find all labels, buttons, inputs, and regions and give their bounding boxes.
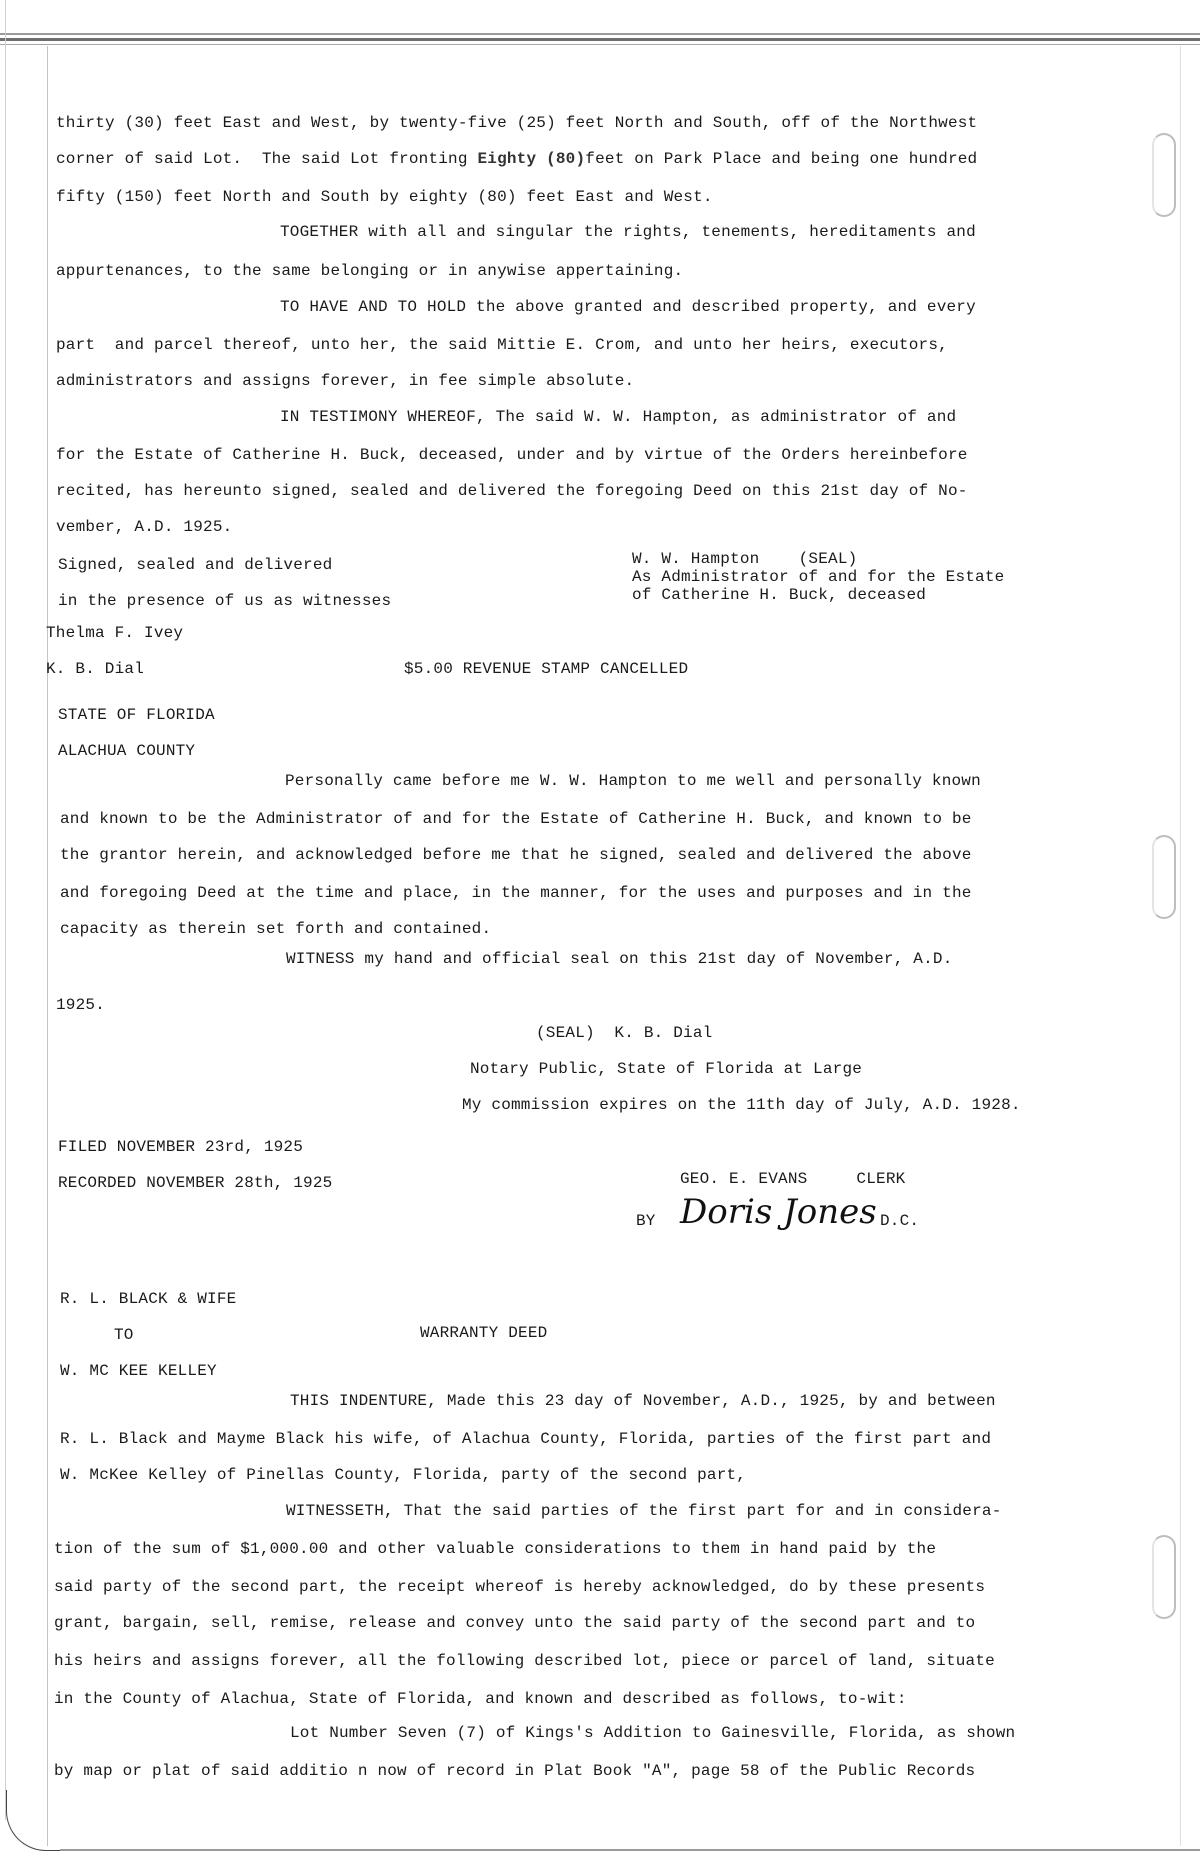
paragraph-start: Personally came before me W. W. Hampton … [285, 772, 981, 790]
paragraph-start: TO HAVE AND TO HOLD the above granted an… [280, 298, 976, 316]
filed-date: FILED NOVEMBER 23rd, 1925 [58, 1138, 303, 1156]
text-line: corner of said Lot. The said Lot frontin… [56, 150, 977, 168]
top-rule [0, 38, 1200, 41]
venue-county: ALACHUA COUNTY [58, 742, 195, 760]
paragraph-start: WITNESSETH, That the said parties of the… [286, 1502, 1002, 1520]
grantor-title: of Catherine H. Buck, deceased [632, 586, 926, 604]
notary-signature: (SEAL) K. B. Dial [536, 1024, 712, 1042]
grantee-party: W. MC KEE KELLEY [60, 1362, 217, 1380]
right-margin-line [1180, 46, 1181, 1846]
recorded-date: RECORDED NOVEMBER 28th, 1925 [58, 1174, 332, 1192]
top-rule [0, 33, 1200, 35]
text-line: grant, bargain, sell, remise, release an… [54, 1614, 975, 1632]
text-fragment: feet on Park Place and being one hundred [585, 150, 977, 168]
deed-title: WARRANTY DEED [420, 1324, 547, 1342]
clerk-name: GEO. E. EVANS CLERK [680, 1170, 905, 1188]
party-connector: TO [114, 1326, 134, 1344]
text-line: for the Estate of Catherine H. Buck, dec… [56, 446, 968, 464]
binder-hole-icon [1152, 133, 1176, 217]
paragraph-start: WITNESS my hand and official seal on thi… [286, 950, 953, 968]
text-line: administrators and assigns forever, in f… [56, 372, 634, 390]
left-margin-line [47, 46, 48, 1846]
text-line: by map or plat of said additio n now of … [54, 1762, 975, 1780]
notary-title: Notary Public, State of Florida at Large [470, 1060, 862, 1078]
revenue-stamp-note: $5.00 REVENUE STAMP CANCELLED [404, 660, 688, 678]
text-line: tion of the sum of $1,000.00 and other v… [54, 1540, 936, 1558]
text-line: his heirs and assigns forever, all the f… [54, 1652, 995, 1670]
grantor-signature: W. W. Hampton (SEAL) [632, 550, 857, 568]
by-label: BY [636, 1212, 656, 1230]
witness-name: Thelma F. Ivey [46, 624, 183, 642]
binder-hole-icon [1152, 1535, 1176, 1619]
bottom-rule [60, 1849, 1200, 1851]
deputy-clerk-signature: Doris Jones [680, 1192, 877, 1232]
text-line: and known to be the Administrator of and… [60, 810, 972, 828]
deputy-clerk-label: D.C. [880, 1212, 919, 1230]
venue-state: STATE OF FLORIDA [58, 706, 215, 724]
text-line: appurtenances, to the same belonging or … [56, 262, 683, 280]
notary-commission: My commission expires on the 11th day of… [462, 1096, 1021, 1114]
paragraph-start: IN TESTIMONY WHEREOF, The said W. W. Ham… [280, 408, 956, 426]
text-line: 1925. [56, 996, 105, 1014]
text-line: and foregoing Deed at the time and place… [60, 884, 972, 902]
grantor-title: As Administrator of and for the Estate [632, 568, 1004, 586]
page-corner [6, 1790, 67, 1851]
text-line: recited, has hereunto signed, sealed and… [56, 482, 968, 500]
text-line: the grantor herein, and acknowledged bef… [60, 846, 972, 864]
text-line: vember, A.D. 1925. [56, 518, 232, 536]
text-fragment: corner of said Lot. The said Lot frontin… [56, 150, 477, 168]
text-line: in the County of Alachua, State of Flori… [54, 1690, 907, 1708]
text-line: capacity as therein set forth and contai… [60, 920, 491, 938]
text-line: thirty (30) feet East and West, by twent… [56, 114, 977, 132]
text-line: part and parcel thereof, unto her, the s… [56, 336, 948, 354]
top-rule [0, 44, 1200, 45]
text-line: R. L. Black and Mayme Black his wife, of… [60, 1430, 991, 1448]
paragraph-start: THIS INDENTURE, Made this 23 day of Nove… [290, 1392, 996, 1410]
outer-edge [5, 0, 6, 1820]
witness-clause: in the presence of us as witnesses [58, 592, 391, 610]
grantor-party: R. L. BLACK & WIFE [60, 1290, 236, 1308]
witness-clause: Signed, sealed and delivered [58, 556, 332, 574]
text-line: W. McKee Kelley of Pinellas County, Flor… [60, 1466, 746, 1484]
overstrike-correction: Eighty (80) [477, 150, 585, 168]
text-line: fifty (150) feet North and South by eigh… [56, 188, 713, 206]
paragraph-start: Lot Number Seven (7) of Kings's Addition… [290, 1724, 1015, 1742]
witness-name: K. B. Dial [46, 660, 144, 678]
paragraph-start: TOGETHER with all and singular the right… [280, 223, 976, 241]
binder-hole-icon [1152, 835, 1176, 919]
text-line: said party of the second part, the recei… [54, 1578, 985, 1596]
